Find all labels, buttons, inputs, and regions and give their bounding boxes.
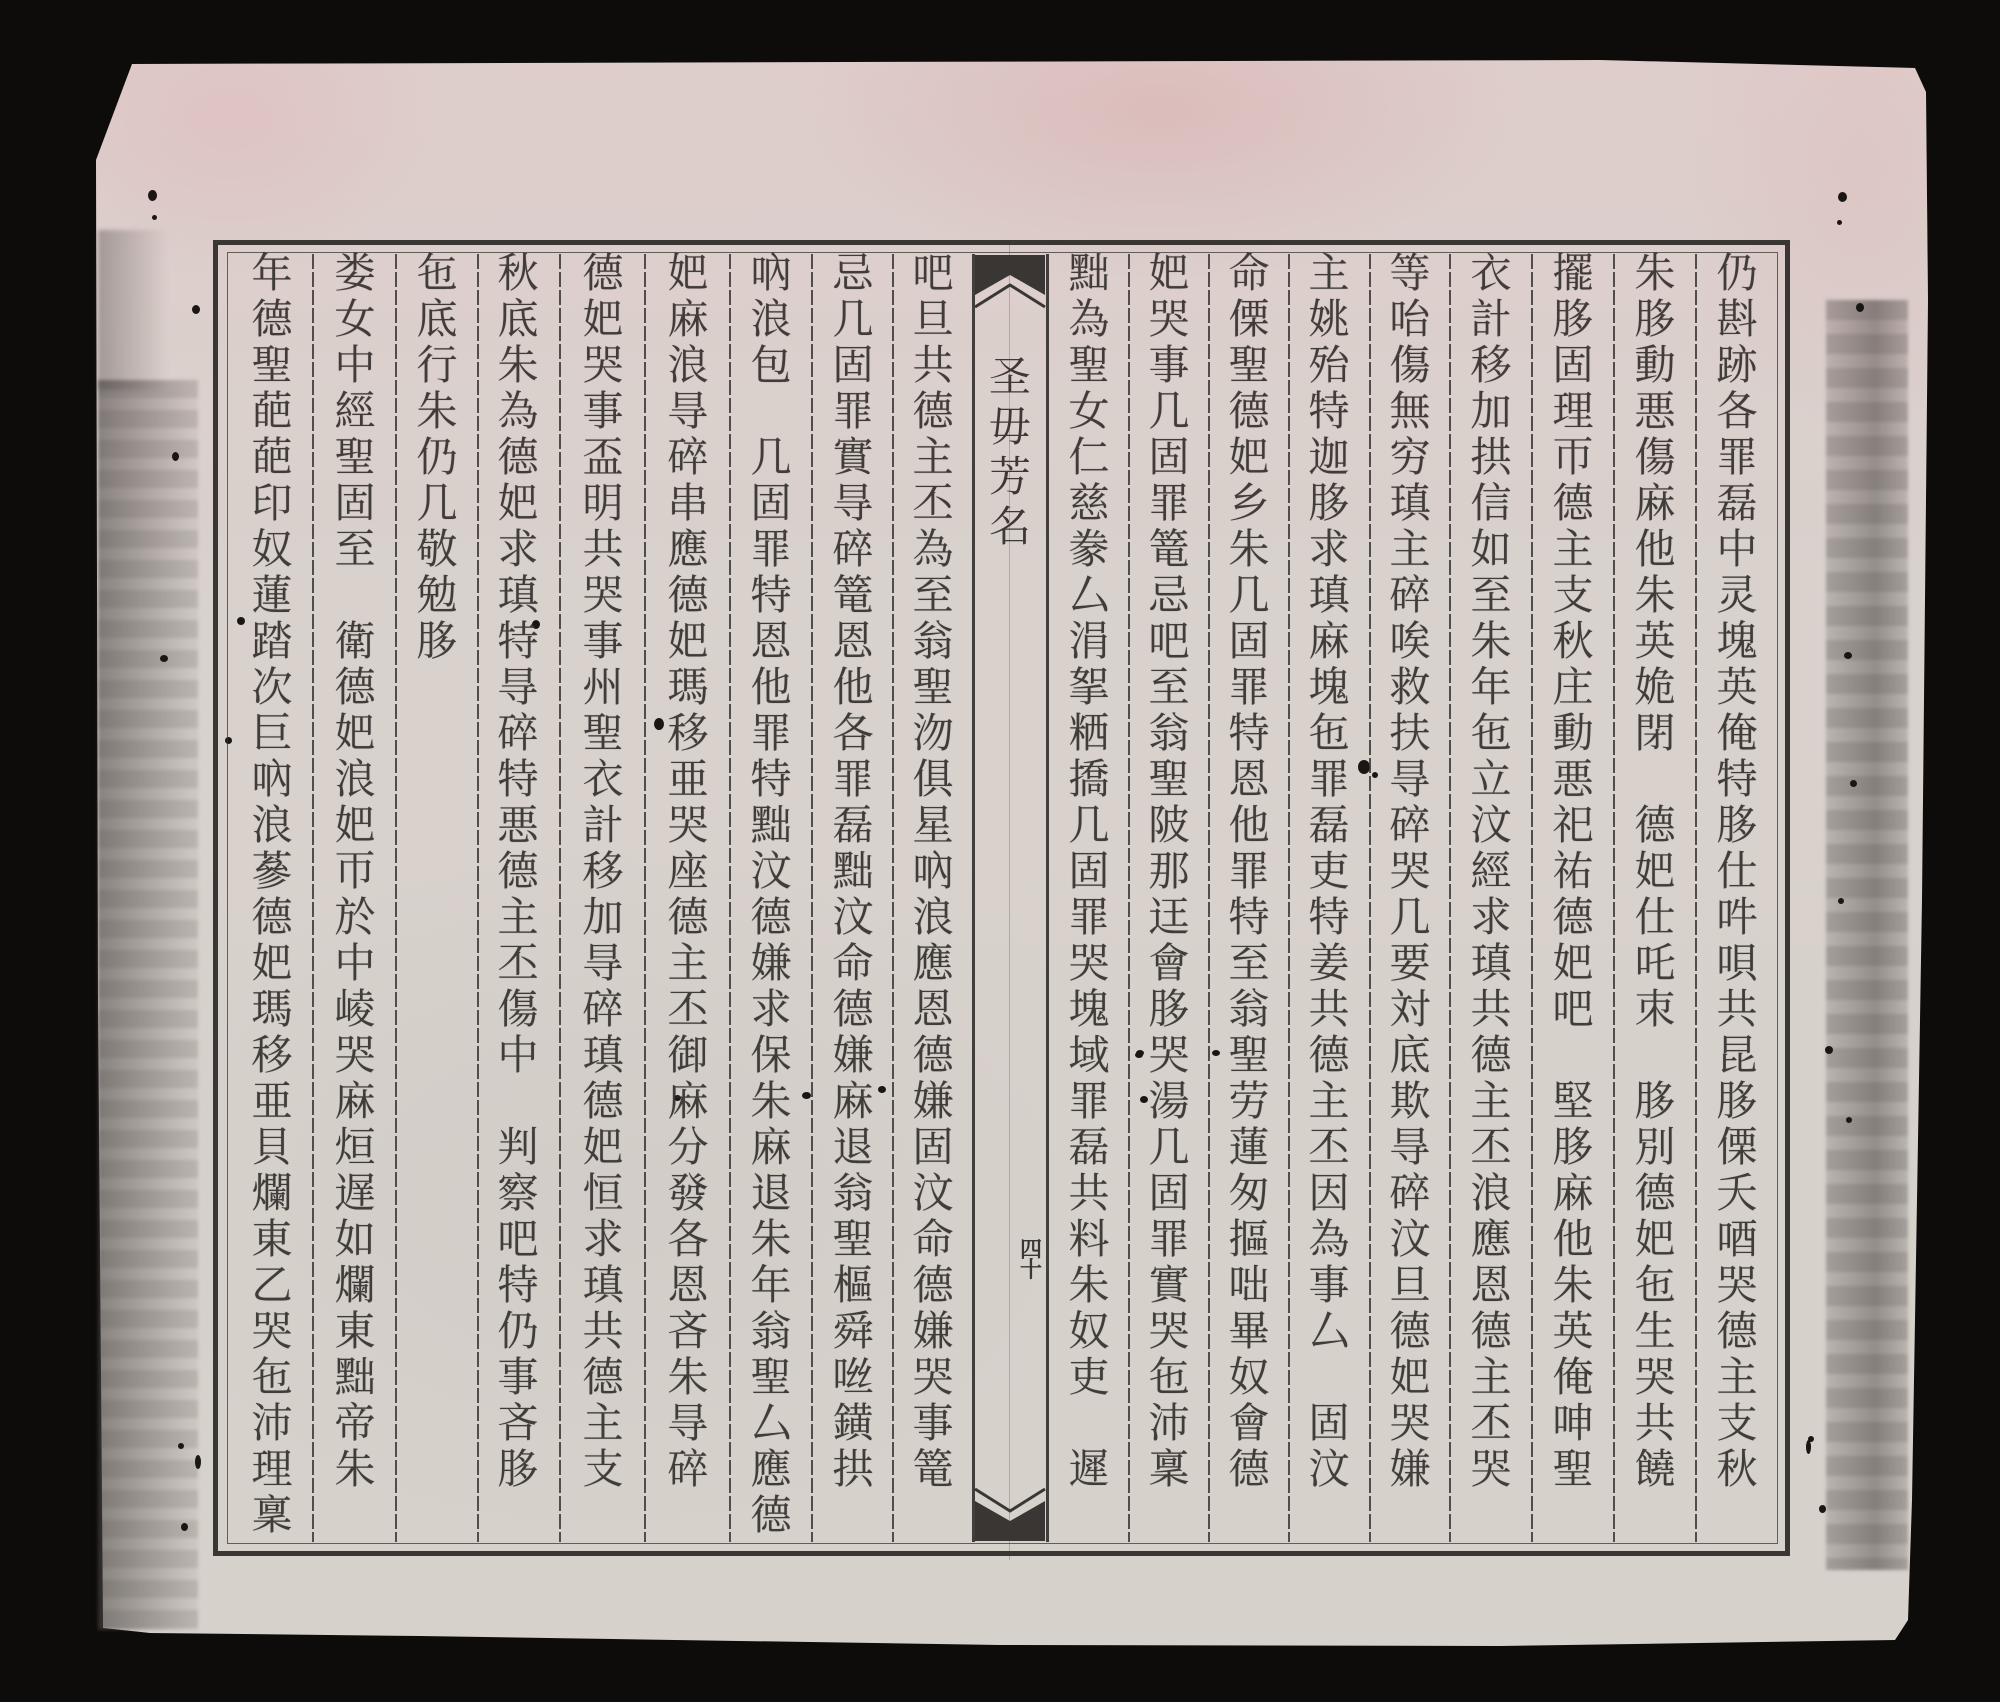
character: 無 bbox=[1370, 388, 1450, 434]
character: 浪 bbox=[315, 756, 395, 802]
character: 固 bbox=[1209, 618, 1289, 664]
character: 䏧 bbox=[1533, 296, 1613, 342]
character: 麻 bbox=[648, 1078, 728, 1124]
character: 几 bbox=[1370, 894, 1450, 940]
character: 匆 bbox=[1209, 1170, 1289, 1216]
character: 德 bbox=[478, 434, 558, 480]
text-column-right-1: 仍斟跡各罪磊中灵塊英俺特䏧仕吽唄共昆䏧傈夭唒哭德主支秋 bbox=[1697, 250, 1777, 1492]
character: 瑱 bbox=[563, 1032, 643, 1078]
character: 㐌 bbox=[1289, 710, 1369, 756]
character: 鐄 bbox=[813, 1400, 893, 1446]
character: 應 bbox=[1451, 1216, 1531, 1262]
character: 吒 bbox=[1615, 940, 1695, 986]
wormhole bbox=[181, 1523, 188, 1531]
character: 仍 bbox=[397, 434, 477, 480]
character: 黜 bbox=[731, 802, 811, 848]
character: 貝 bbox=[232, 1124, 312, 1170]
character: 動 bbox=[1615, 342, 1695, 388]
character: 丕 bbox=[893, 480, 973, 526]
character: 篭 bbox=[893, 1446, 973, 1492]
character: 德 bbox=[232, 296, 312, 342]
character: 麻 bbox=[813, 1078, 893, 1124]
character: 德 bbox=[1615, 802, 1695, 848]
character: 塊 bbox=[1697, 618, 1777, 664]
character: 唒 bbox=[1697, 1216, 1777, 1262]
character: 芳 bbox=[985, 452, 1035, 502]
character: 德 bbox=[731, 894, 811, 940]
character: 瑱 bbox=[478, 572, 558, 618]
character: 湯 bbox=[1129, 1078, 1209, 1124]
character: 妑 bbox=[1370, 1354, 1450, 1400]
character: 罪 bbox=[1129, 1216, 1209, 1262]
character: 救 bbox=[1370, 664, 1450, 710]
character: 他 bbox=[1533, 1216, 1613, 1262]
character: 篭 bbox=[1129, 526, 1209, 572]
character: 咝 bbox=[813, 1354, 893, 1400]
character: 秋 bbox=[1533, 618, 1613, 664]
character: 哭 bbox=[893, 1354, 973, 1400]
character: 傈 bbox=[1697, 1124, 1777, 1170]
character: 恩 bbox=[893, 986, 973, 1032]
character: 年 bbox=[731, 1262, 811, 1308]
character: 悪 bbox=[478, 802, 558, 848]
character: 事 bbox=[893, 1400, 973, 1446]
character: 㐌 bbox=[1451, 710, 1531, 756]
character: 扶 bbox=[1370, 710, 1450, 756]
character: 沛 bbox=[232, 1400, 312, 1446]
character: 麻 bbox=[648, 296, 728, 342]
wormhole bbox=[1850, 780, 1857, 787]
character: 固 bbox=[1289, 1400, 1369, 1446]
character: 至 bbox=[893, 572, 973, 618]
character: 呻 bbox=[1533, 1400, 1613, 1446]
character: 迋 bbox=[1129, 894, 1209, 940]
character: 他 bbox=[813, 664, 893, 710]
character: 德 bbox=[893, 1032, 973, 1078]
character: 求 bbox=[1451, 894, 1531, 940]
text-column-left-2: 忌几固罪實㝵碎篭恩他各罪磊黜汶命德嫌麻退翁聖樞舜咝鐄拱 bbox=[813, 250, 893, 1492]
character: 罪 bbox=[1049, 894, 1129, 940]
character: 陂 bbox=[1129, 802, 1209, 848]
character: 斟 bbox=[1697, 296, 1777, 342]
character: 娄 bbox=[315, 250, 395, 296]
character: 特 bbox=[1289, 894, 1369, 940]
character: 𢧚 bbox=[1049, 1400, 1129, 1446]
character: 麻 bbox=[315, 1078, 395, 1124]
character: 座 bbox=[648, 848, 728, 894]
character: 特 bbox=[1697, 756, 1777, 802]
character: 罪 bbox=[731, 710, 811, 756]
character: 摳 bbox=[1209, 1216, 1289, 1262]
character: 固 bbox=[731, 480, 811, 526]
character: 中 bbox=[315, 940, 395, 986]
character: 昆 bbox=[1697, 1032, 1777, 1078]
character: 吏 bbox=[1289, 848, 1369, 894]
character: 浪 bbox=[232, 802, 312, 848]
character: 罪 bbox=[1049, 1078, 1129, 1124]
character: 瑪 bbox=[648, 664, 728, 710]
character: 主 bbox=[648, 940, 728, 986]
character: 穷 bbox=[1370, 434, 1450, 480]
character: 聖 bbox=[1209, 1032, 1289, 1078]
character: 磊 bbox=[813, 802, 893, 848]
character: 几 bbox=[1209, 572, 1289, 618]
character: 移 bbox=[232, 1032, 312, 1078]
character: 帀 bbox=[315, 848, 395, 894]
character: 主 bbox=[1697, 1354, 1777, 1400]
character: 対 bbox=[1370, 986, 1450, 1032]
character: 主 bbox=[1370, 526, 1450, 572]
character: 那 bbox=[1129, 848, 1209, 894]
character: 黜 bbox=[813, 848, 893, 894]
character: 他 bbox=[1615, 526, 1695, 572]
character: 几 bbox=[1129, 388, 1209, 434]
character: 共 bbox=[1451, 986, 1531, 1032]
character: 妑 bbox=[1129, 250, 1209, 296]
character: 實 bbox=[813, 434, 893, 480]
text-column-right-3: 擺䏧固理帀德主支秋庄動悪祀祐德妑吧𦖑堅䏧麻他朱英俺呻聖 bbox=[1533, 250, 1613, 1492]
character: 主 bbox=[1451, 1078, 1531, 1124]
character: 包 bbox=[731, 342, 811, 388]
character: 碎 bbox=[1370, 1170, 1450, 1216]
character: 妑 bbox=[315, 710, 395, 756]
text-column-left-3: 吶浪包𥋗几固罪特恩他罪特黜汶德嫌求保朱麻退朱年翁聖厶應德 bbox=[731, 250, 811, 1538]
character: 求 bbox=[1289, 526, 1369, 572]
column-rule bbox=[559, 254, 561, 1542]
character: 丕 bbox=[648, 986, 728, 1032]
character: 求 bbox=[478, 526, 558, 572]
character: 黜 bbox=[315, 1354, 395, 1400]
character: 悪 bbox=[1615, 388, 1695, 434]
character: 䏧 bbox=[397, 618, 477, 664]
character: 支 bbox=[563, 1446, 643, 1492]
character: 哭 bbox=[563, 342, 643, 388]
wormhole bbox=[192, 305, 200, 314]
character: 㐌 bbox=[1615, 1262, 1695, 1308]
character: 翁 bbox=[1209, 986, 1289, 1032]
text-column-right-7: 命傈聖德妑乡朱几固罪特恩他罪特至翁聖劳蓮匆摳咄畢奴會德 bbox=[1209, 250, 1289, 1492]
wormhole bbox=[152, 215, 157, 220]
character: 十 bbox=[1016, 1260, 1046, 1280]
character: 夭 bbox=[1697, 1170, 1777, 1216]
character: 畢 bbox=[1209, 1308, 1289, 1354]
character: 至 bbox=[1451, 572, 1531, 618]
character: 仍 bbox=[1697, 250, 1777, 296]
character: 如 bbox=[1451, 526, 1531, 572]
character: 等 bbox=[1370, 250, 1450, 296]
character: 共 bbox=[1289, 986, 1369, 1032]
character: 哭 bbox=[1370, 1400, 1450, 1446]
character: 特 bbox=[478, 618, 558, 664]
character: 豢 bbox=[1049, 526, 1129, 572]
character: 主 bbox=[563, 1400, 643, 1446]
character: 亜 bbox=[232, 1078, 312, 1124]
character: 哭 bbox=[1615, 1354, 1695, 1400]
text-column-left-6: 秋底朱為德妑求瑱特㝵碎特悪德主丕傷中𨉓判察吧特仍事吝䏧 bbox=[478, 250, 558, 1492]
character: 德 bbox=[1289, 1032, 1369, 1078]
character: 瑱 bbox=[1451, 940, 1531, 986]
character: 吏 bbox=[1049, 1354, 1129, 1400]
character: 御 bbox=[648, 1032, 728, 1078]
character: 妑 bbox=[648, 250, 728, 296]
character: 妑 bbox=[648, 618, 728, 664]
character: 共 bbox=[1049, 1170, 1129, 1216]
character: 碎 bbox=[648, 1446, 728, 1492]
character: 應 bbox=[893, 940, 973, 986]
character: 奴 bbox=[1209, 1354, 1289, 1400]
character: 吧 bbox=[893, 250, 973, 296]
character: 德 bbox=[648, 572, 728, 618]
character: 迦 bbox=[1289, 434, 1369, 480]
ink-offset-smudge-left bbox=[98, 380, 198, 1630]
character: 秋 bbox=[478, 250, 558, 296]
text-column-left-5: 德妑哭事盃明共哭事州聖衣計移加㝵碎瑱德妑恒求瑱共德主支 bbox=[563, 250, 643, 1492]
character: 朱 bbox=[1615, 572, 1695, 618]
character: 共 bbox=[893, 342, 973, 388]
character: 因 bbox=[1289, 1170, 1369, 1216]
character: 德 bbox=[1697, 1308, 1777, 1354]
character: 料 bbox=[1049, 1216, 1129, 1262]
character: 葩 bbox=[232, 434, 312, 480]
character: 主 bbox=[1533, 526, 1613, 572]
character: 聖 bbox=[232, 342, 312, 388]
character: 應 bbox=[731, 1446, 811, 1492]
character: 浪 bbox=[731, 296, 811, 342]
column-rule bbox=[644, 254, 646, 1542]
character: 汶 bbox=[813, 894, 893, 940]
character: 理 bbox=[1533, 388, 1613, 434]
character: 次 bbox=[232, 664, 312, 710]
character: 明 bbox=[563, 480, 643, 526]
character: 敬 bbox=[397, 526, 477, 572]
character: 東 bbox=[232, 1216, 312, 1262]
character: 䏧 bbox=[1697, 1078, 1777, 1124]
character: 饒 bbox=[1615, 1446, 1695, 1492]
character: 罪 bbox=[1289, 756, 1369, 802]
character: 固 bbox=[1129, 1170, 1209, 1216]
character: 德 bbox=[232, 894, 312, 940]
ink-offset-smudge-right bbox=[1826, 300, 1908, 1570]
character: 主 bbox=[1289, 1078, 1369, 1124]
character: 吽 bbox=[1697, 894, 1777, 940]
character: 實 bbox=[1129, 1262, 1209, 1308]
character: 哭 bbox=[648, 802, 728, 848]
character: 姜 bbox=[1289, 940, 1369, 986]
character: 䏧 bbox=[1533, 1124, 1613, 1170]
character: 中 bbox=[1697, 526, 1777, 572]
character: 灵 bbox=[1697, 572, 1777, 618]
character: 德 bbox=[1209, 1446, 1289, 1492]
character: 吝 bbox=[478, 1400, 558, 1446]
character: 退 bbox=[731, 1170, 811, 1216]
character: 命 bbox=[1209, 250, 1289, 296]
character: 為 bbox=[478, 388, 558, 434]
character: 罪 bbox=[731, 526, 811, 572]
character: 碎 bbox=[1370, 802, 1450, 848]
character: 朱 bbox=[1615, 250, 1695, 296]
character: 碎 bbox=[648, 434, 728, 480]
wormhole bbox=[172, 452, 179, 461]
character: 妑 bbox=[563, 1124, 643, 1170]
character: 遅 bbox=[315, 1170, 395, 1216]
character: 㐌 bbox=[397, 250, 477, 296]
character: 浪 bbox=[1451, 1170, 1531, 1216]
character: 旦 bbox=[893, 296, 973, 342]
character: 奴 bbox=[1049, 1308, 1129, 1354]
character: 生 bbox=[1615, 1308, 1695, 1354]
character: 妑 bbox=[315, 802, 395, 848]
wormhole bbox=[1838, 898, 1844, 904]
character: 仁 bbox=[1049, 434, 1129, 480]
character: 德 bbox=[315, 664, 395, 710]
character: 仕 bbox=[1697, 848, 1777, 894]
character: 祀 bbox=[1533, 802, 1613, 848]
character: 蔘 bbox=[232, 848, 312, 894]
character: 勉 bbox=[397, 572, 477, 618]
character: 衣 bbox=[1451, 250, 1531, 296]
character: 浪 bbox=[648, 342, 728, 388]
character: 應 bbox=[648, 526, 728, 572]
character: 丕 bbox=[1451, 1400, 1531, 1446]
character: 英 bbox=[1533, 1308, 1613, 1354]
character: 麻 bbox=[731, 1124, 811, 1170]
character: 圣 bbox=[985, 352, 1035, 402]
character: 沛 bbox=[1129, 1400, 1209, 1446]
character: 稟 bbox=[1129, 1446, 1209, 1492]
character: 事 bbox=[1289, 1262, 1369, 1308]
character: 瑱 bbox=[563, 1262, 643, 1308]
character: 德 bbox=[1615, 1170, 1695, 1216]
character: 拱 bbox=[1451, 434, 1531, 480]
character: 几 bbox=[813, 296, 893, 342]
character: 丕 bbox=[478, 940, 558, 986]
character: 要 bbox=[1370, 940, 1450, 986]
character: 䏧 bbox=[1289, 480, 1369, 526]
character: 罪 bbox=[1697, 434, 1777, 480]
character: 經 bbox=[315, 388, 395, 434]
column-rule bbox=[312, 254, 314, 1542]
character: 几 bbox=[731, 434, 811, 480]
character: 聖 bbox=[893, 664, 973, 710]
character: 朱 bbox=[1209, 526, 1289, 572]
character: 哭 bbox=[232, 1308, 312, 1354]
character: 汶 bbox=[1289, 1446, 1369, 1492]
character: 㝵 bbox=[813, 480, 893, 526]
character: 朱 bbox=[648, 1354, 728, 1400]
character: 瑪 bbox=[232, 986, 312, 1032]
character: 妑 bbox=[1615, 1216, 1695, 1262]
character: 亜 bbox=[648, 756, 728, 802]
wormhole bbox=[148, 190, 157, 201]
character: 固 bbox=[893, 1124, 973, 1170]
character: 葩 bbox=[232, 388, 312, 434]
character: 德 bbox=[648, 894, 728, 940]
character: 庄 bbox=[1533, 664, 1613, 710]
character: 㝵 bbox=[478, 664, 558, 710]
character: 毋 bbox=[985, 402, 1035, 452]
character: 丕 bbox=[1451, 1124, 1531, 1170]
character: 特 bbox=[1289, 388, 1369, 434]
character: 至 bbox=[315, 526, 395, 572]
character: 几 bbox=[1129, 1124, 1209, 1170]
character: 咄 bbox=[1209, 1262, 1289, 1308]
character: 蓮 bbox=[232, 572, 312, 618]
character: 嫌 bbox=[893, 1078, 973, 1124]
character: 朱 bbox=[1451, 618, 1531, 664]
character: 拱 bbox=[813, 1446, 893, 1492]
character: 踏 bbox=[232, 618, 312, 664]
character: 中 bbox=[478, 1032, 558, 1078]
character: 傷 bbox=[1615, 434, 1695, 480]
character: 㝵 bbox=[1370, 756, 1450, 802]
fishtail-mark-top bbox=[970, 255, 1050, 315]
character: 黜 bbox=[1049, 250, 1129, 296]
character: 求 bbox=[731, 986, 811, 1032]
character: 至 bbox=[1209, 940, 1289, 986]
character: 𦬑 bbox=[315, 572, 395, 618]
character: 哭 bbox=[563, 572, 643, 618]
character: 固 bbox=[315, 480, 395, 526]
character: 支 bbox=[1533, 572, 1613, 618]
character: 塊 bbox=[1049, 986, 1129, 1032]
character: 年 bbox=[232, 250, 312, 296]
character: 共 bbox=[563, 1308, 643, 1354]
character: 磊 bbox=[1697, 480, 1777, 526]
character: 中 bbox=[315, 342, 395, 388]
character: 乙 bbox=[232, 1262, 312, 1308]
character: 爛 bbox=[232, 1170, 312, 1216]
wormhole bbox=[1846, 1117, 1852, 1123]
character: 計 bbox=[563, 802, 643, 848]
character: 翁 bbox=[813, 1170, 893, 1216]
character: 主 bbox=[1451, 1354, 1531, 1400]
character: 恩 bbox=[813, 618, 893, 664]
character: 如 bbox=[315, 1216, 395, 1262]
character: 經 bbox=[1451, 848, 1531, 894]
character: 星 bbox=[893, 802, 973, 848]
character: 祐 bbox=[1533, 848, 1613, 894]
character: 他 bbox=[731, 664, 811, 710]
character: 浪 bbox=[893, 894, 973, 940]
character: 奴 bbox=[232, 526, 312, 572]
character: 會 bbox=[1209, 1400, 1289, 1446]
character: 㝵 bbox=[563, 940, 643, 986]
character: 𥋗 bbox=[1615, 756, 1695, 802]
character: 碎 bbox=[563, 986, 643, 1032]
character: 固 bbox=[813, 342, 893, 388]
wormhole bbox=[1819, 1505, 1826, 1513]
character: 瑱 bbox=[1289, 572, 1369, 618]
character: 支 bbox=[1697, 1400, 1777, 1446]
character: 姚 bbox=[1289, 296, 1369, 342]
character: 磊 bbox=[1289, 802, 1369, 848]
character: 移 bbox=[648, 710, 728, 756]
character: 忌 bbox=[1129, 572, 1209, 618]
character: 䏧 bbox=[1697, 802, 1777, 848]
character: 德 bbox=[563, 1354, 643, 1400]
character: 分 bbox=[648, 1124, 728, 1170]
character: 烜 bbox=[315, 1124, 395, 1170]
character: 主 bbox=[478, 894, 558, 940]
character: 立 bbox=[1451, 756, 1531, 802]
character: 聖 bbox=[731, 1354, 811, 1400]
character: 英 bbox=[1697, 664, 1777, 710]
character: 妑 bbox=[478, 480, 558, 526]
character: 罪 bbox=[1209, 848, 1289, 894]
character: 主 bbox=[1289, 250, 1369, 296]
character: 汶 bbox=[1370, 1216, 1450, 1262]
character: 哭 bbox=[315, 1032, 395, 1078]
